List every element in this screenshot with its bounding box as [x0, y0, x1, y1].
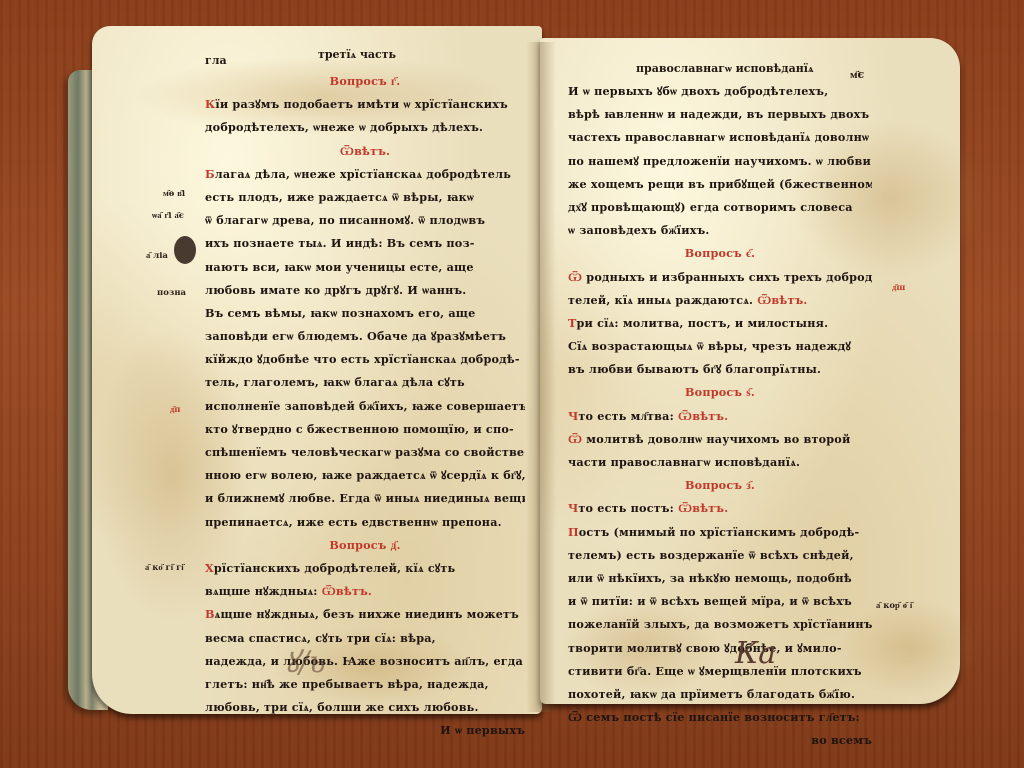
text-line: по нашемꙋ предложенїи научихомъ. ѡ любви	[568, 150, 872, 173]
text-line: кто ꙋтвердно с бжественною помощїю, и сп…	[205, 418, 525, 441]
margin-note: а҃ ко҃ гі҃ гі҃	[145, 562, 184, 573]
text-line: въ любви бываютъ бг҃ꙋ благопрїѧтны.	[568, 358, 872, 381]
text-line: дх҃ꙋ провѣщающꙋ) егда сотворимъ словеса	[568, 196, 872, 219]
left-folio-number: гла	[205, 54, 227, 67]
margin-note: позна	[157, 288, 186, 298]
answer-heading: Ѿвѣтъ.	[205, 140, 525, 163]
catchword: И ѡ первыхъ	[205, 719, 525, 742]
answer-heading: Ѿвѣтъ.	[757, 293, 807, 307]
margin-note: ѡа҃ г҃і а҃є	[152, 210, 184, 221]
text-line: вѧщше нꙋждныѧ: Ѿвѣтъ.	[205, 580, 525, 603]
text-line: нною егѡ волею, ꙗже раждаетсѧ ѿ ꙋсердїѧ …	[205, 464, 525, 487]
rubric-initial: Ч	[568, 409, 578, 423]
text-line: частехъ православнагѡ исповѣданїѧ доволн…	[568, 126, 872, 149]
text-line: Хрїстїанскихъ добродѣтелей, кїѧ сꙋть	[205, 557, 525, 580]
rubric-initial: Ѿ	[568, 432, 582, 446]
text-line: Ѿ родныхъ и избранныхъ сихъ трехъ доброд…	[568, 266, 872, 289]
text-line: творити молитвꙋ свою ꙋдобнѣе, и ꙋмило-	[568, 637, 872, 660]
rubric-initial: П	[568, 525, 579, 539]
book-gutter	[526, 42, 556, 712]
margin-note: д҃ш	[892, 282, 905, 293]
text-line: добродѣтелехъ, ѡнеже ѡ добрыхъ дѣлехъ.	[205, 116, 525, 139]
text-line: исполненїе заповѣдей бж҃їихъ, ꙗже соверш…	[205, 395, 525, 418]
text-line: кїйждо ꙋдобнѣе что есть хрїстїанскаѧ доб…	[205, 348, 525, 371]
text-line: спѣшенїемъ человѣческагѡ разꙋма со свойс…	[205, 441, 525, 464]
answer-heading: Ѿвѣтъ.	[678, 409, 728, 423]
text-line: телемъ) есть воздержанїе ѿ всѣхъ снѣдей,	[568, 544, 872, 567]
handwritten-note: ꙋ/ь	[285, 640, 326, 681]
text-line: наютъ вси, ꙗкѡ мои ученицы есте, аще	[205, 256, 525, 279]
text-line: Въ семъ вѣмы, ꙗкѡ познахомъ его, аще	[205, 302, 525, 325]
text-line: стивити бг҃а. Еще ѡ ꙋмерщвленїи плотских…	[568, 660, 872, 683]
text-line: и ѿ питїи: и ѿ всѣхъ вещей мїра, и ѿ всѣ…	[568, 590, 872, 613]
text-line: любовь имате ко дрꙋгъ дрꙋгꙋ. И ѡаннъ.	[205, 279, 525, 302]
rubric-initial: В	[205, 607, 215, 621]
rubric-initial: К	[205, 97, 215, 111]
handwritten-note: Ка	[735, 636, 776, 671]
margin-note: а҃ ліа	[146, 250, 168, 261]
left-page-text: Вопросъ г҃. Кїи разꙋмъ подобаетъ имѣти ѡ…	[205, 70, 525, 742]
text-line: Что есть мл҃тва: Ѿвѣтъ.	[568, 405, 872, 428]
catchword: во всемъ	[568, 729, 872, 752]
question-heading: Вопросъ г҃.	[205, 70, 525, 93]
text-line: есть плодъ, иже раждаетсѧ ѿ вѣры, ꙗкѡ	[205, 186, 525, 209]
text-line: телей, кїѧ иныѧ раждаютсѧ. Ѿвѣтъ.	[568, 289, 872, 312]
text-line: Что есть постъ: Ѿвѣтъ.	[568, 497, 872, 520]
rubric-initial: Б	[205, 167, 215, 181]
rubric-initial: Ѿ	[568, 270, 582, 284]
right-running-head: православнагѡ исповѣданїѧ	[636, 62, 813, 75]
text-line: пожеланїй злыхъ, да возможетъ хрїстїанин…	[568, 613, 872, 636]
text-line: Ѿ семъ постѣ сїе писанїе возноситъ гл҃ет…	[568, 706, 872, 729]
answer-heading: Ѿвѣтъ.	[322, 584, 372, 598]
text-line: Ѿ молитвѣ доволнѡ научихомъ во второй	[568, 428, 872, 451]
text-line: любовь, три сїѧ, болши же сихъ любовь.	[205, 696, 525, 719]
rubric-initial: Х	[205, 561, 214, 575]
text-line: Благаѧ дѣла, ѡнеже хрїстїанскаѧ добродѣт…	[205, 163, 525, 186]
text-line: препинаетсѧ, иже есть едвственнѡ препона…	[205, 511, 525, 534]
text-line: похотей, ꙗкѡ да прїиметъ благодать бж҃їю…	[568, 683, 872, 706]
text-line: И ѡ первыхъ ꙋбѡ двохъ добродѣтелехъ,	[568, 80, 872, 103]
text-line: тель, глаголемъ, ꙗкѡ благаѧ дѣла сꙋть	[205, 371, 525, 394]
answer-heading: Ѿвѣтъ.	[678, 501, 728, 515]
question-heading: Вопросъ д҃.	[205, 534, 525, 557]
text-line: ихъ познаете тыѧ. И индѣ: Въ семъ поз-	[205, 232, 525, 255]
ink-blot	[174, 236, 196, 264]
text-line: части православнагѡ исповѣданїѧ.	[568, 451, 872, 474]
right-page-text: И ѡ первыхъ ꙋбѡ двохъ добродѣтелехъ, вѣр…	[568, 80, 872, 752]
margin-note: а҃ кор҃ ѳ҃ і҃	[876, 600, 912, 611]
text-line: Сїѧ возрастающыѧ ѿ вѣры, чрезъ надеждꙋ	[568, 335, 872, 358]
question-heading: Вопросъ ѕ҃.	[568, 381, 872, 404]
question-heading: Вопросъ з҃.	[568, 474, 872, 497]
rubric-initial: Ч	[568, 501, 578, 515]
margin-note: м҃ѳ в҃і	[163, 188, 185, 199]
text-line: весма спастисѧ, сꙋть три сїѧ: вѣра,	[205, 627, 525, 650]
text-line: или ѿ нѣкїихъ, за нѣкꙋю немощь, подобнѣ	[568, 567, 872, 590]
text-line: Три сїѧ: молитва, постъ, и милостыня.	[568, 312, 872, 335]
text-line: Вѧщше нꙋждныѧ, безъ нихже ниединъ можетъ	[205, 603, 525, 626]
text-line: вѣрѣ ꙗвленнѡ и надежди, въ первыхъ двохъ	[568, 103, 872, 126]
text-line: ѡ заповѣдехъ бж҃їихъ.	[568, 219, 872, 242]
rubric-initial: Т	[568, 316, 577, 330]
margin-note: д҃п	[170, 404, 181, 415]
left-running-head: третїѧ часть	[318, 48, 396, 61]
text-line: глетъ: нн҃ѣ же пребываетъ вѣра, надежда,	[205, 673, 525, 696]
text-line: ѿ благагѡ древа, по писанномꙋ. ѿ плодѡвъ	[205, 209, 525, 232]
text-line: и ближнемꙋ любве. Егда ѿ иныѧ ниединыѧ в…	[205, 487, 525, 510]
text-line: надежда, и любовь. Ꙗже возноситъ ап҃лъ, …	[205, 650, 525, 673]
text-line: заповѣди егѡ блюдемъ. Обаче да ꙋразꙋмѣет…	[205, 325, 525, 348]
question-heading: Вопросъ є҃.	[568, 242, 872, 265]
text-line: Постъ (мнимый по хрїстїанскимъ добродѣ-	[568, 521, 872, 544]
text-line: же хощемъ рещи въ прибꙋщей (бжественномꙋ	[568, 173, 872, 196]
text-line: Кїи разꙋмъ подобаетъ имѣти ѡ хрїстїански…	[205, 93, 525, 116]
